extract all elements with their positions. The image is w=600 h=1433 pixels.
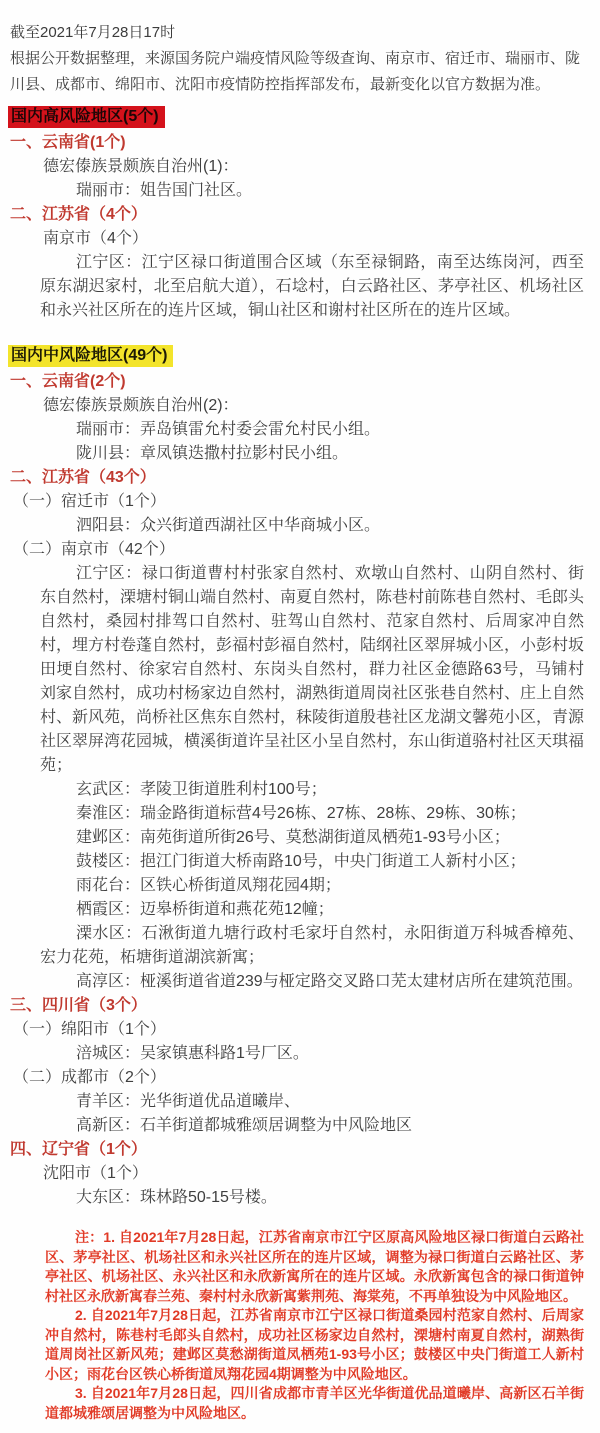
cutoff-date-line: 截至2021年7月28日17时 (10, 20, 584, 46)
risk-area-notice-document: 截至2021年7月28日17时 根据公开数据整理，来源国务院户端疫情风险等级查询… (0, 0, 600, 1433)
data-source-line: 根据公开数据整理，来源国务院户端疫情风险等级查询、南京市、宿迁市、瑞丽市、陇川县… (10, 46, 584, 98)
medium-risk-sichuan-heading: 三、四川省（3个） (10, 994, 600, 1018)
note-2: 2. 自2021年7月28日起，江苏省南京市江宁区禄口街道桑园村范家自然村、后周… (45, 1306, 584, 1384)
medium-risk-yuhuatai-entry: 雨花台：区铁心桥街道凤翔花园4期； (76, 874, 600, 898)
high-risk-jiangsu-heading: 二、江苏省（4个） (10, 203, 600, 227)
high-risk-ruili-entry: 瑞丽市：姐告国门社区。 (76, 179, 600, 203)
medium-risk-jianye-entry: 建邺区：南苑街道所街26号、莫愁湖街道凤栖苑1-93号小区； (76, 826, 600, 850)
medium-risk-lishui-entry: 溧水区：石湫街道九塘行政村毛家圩自然村，永阳街道万科城香樟苑、宏力花苑，柘塘街道… (40, 922, 584, 970)
medium-risk-mianyang-heading: （一）绵阳市（1个） (13, 1018, 600, 1042)
medium-risk-banner: 国内中风险地区(49个) (8, 345, 173, 367)
notes-block: 注：1. 自2021年7月28日起，江苏省南京市江宁区原高风险地区禄口街道白云路… (45, 1228, 584, 1423)
medium-risk-jiangsu-heading: 二、江苏省（43个） (10, 466, 600, 490)
medium-risk-suqian-heading: （一）宿迁市（1个） (13, 490, 600, 514)
medium-risk-yunnan-heading: 一、云南省(2个) (10, 370, 600, 394)
note-1: 注：1. 自2021年7月28日起，江苏省南京市江宁区原高风险地区禄口街道白云路… (45, 1228, 584, 1306)
medium-risk-block: 国内中风险地区(49个) 一、云南省(2个) 德宏傣族景颇族自治州(2)： 瑞丽… (0, 337, 600, 1210)
high-risk-jiangning-entry: 江宁区：江宁区禄口街道围合区域（东至禄铜路，南至达练岗河，西至原东湖迟家村，北至… (40, 251, 584, 323)
medium-risk-gulou-entry: 鼓楼区：挹江门街道大桥南路10号，中央门街道工人新村小区； (76, 850, 600, 874)
medium-risk-qingyang-entry: 青羊区：光华街道优品道曦岸、 (76, 1090, 600, 1114)
high-risk-dehong-prefecture: 德宏傣族景颇族自治州(1)： (43, 155, 600, 179)
medium-risk-qixia-entry: 栖霞区：迈皋桥街道和燕花苑12幢； (76, 898, 600, 922)
medium-risk-qinhuai-entry: 秦淮区：瑞金路街道标营4号26栋、27栋、28栋、29栋、30栋； (76, 802, 600, 826)
high-risk-block: 国内高风险地区(5个) 一、云南省(1个) 德宏傣族景颇族自治州(1)： 瑞丽市… (0, 98, 600, 323)
high-risk-yunnan-heading: 一、云南省(1个) (10, 131, 600, 155)
medium-risk-gaochun-entry: 高淳区：桠溪街道省道239与桠定路交叉路口芜太建材店所在建筑范围。 (76, 970, 600, 994)
medium-risk-siyang-entry: 泗阳县：众兴街道西湖社区中华商城小区。 (76, 514, 600, 538)
high-risk-banner: 国内高风险地区(5个) (8, 106, 165, 128)
medium-risk-liaoning-heading: 四、辽宁省（1个） (10, 1138, 600, 1162)
medium-risk-chengdu-heading: （二）成都市（2个） (13, 1066, 600, 1090)
medium-risk-longchuan-entry: 陇川县：章凤镇迭撒村拉影村民小组。 (76, 442, 600, 466)
medium-risk-dehong-prefecture: 德宏傣族景颇族自治州(2)： (43, 394, 600, 418)
medium-risk-shenyang-city: 沈阳市（1个） (43, 1162, 600, 1186)
medium-risk-dadong-entry: 大东区：珠林路50-15号楼。 (76, 1186, 600, 1210)
medium-risk-gaoxin-entry: 高新区：石羊街道都城雅颂居调整为中风险地区 (76, 1114, 600, 1138)
medium-risk-ruili-entry: 瑞丽市：弄岛镇雷允村委会雷允村民小组。 (76, 418, 600, 442)
medium-risk-fucheng-entry: 涪城区：吴家镇惠科路1号厂区。 (76, 1042, 600, 1066)
high-risk-nanjing-city: 南京市（4个） (43, 227, 600, 251)
medium-risk-nanjing-heading: （二）南京市（42个） (13, 538, 600, 562)
medium-risk-xuanwu-entry: 玄武区：孝陵卫街道胜利村100号； (76, 778, 600, 802)
note-3: 3. 自2021年7月28日起，四川省成都市青羊区光华街道优品道曦岸、高新区石羊… (45, 1384, 584, 1423)
medium-risk-jiangning-entry: 江宁区：禄口街道曹村村张家自然村、欢墩山自然村、山阴自然村、街东自然村，溧塘村铜… (40, 562, 584, 778)
